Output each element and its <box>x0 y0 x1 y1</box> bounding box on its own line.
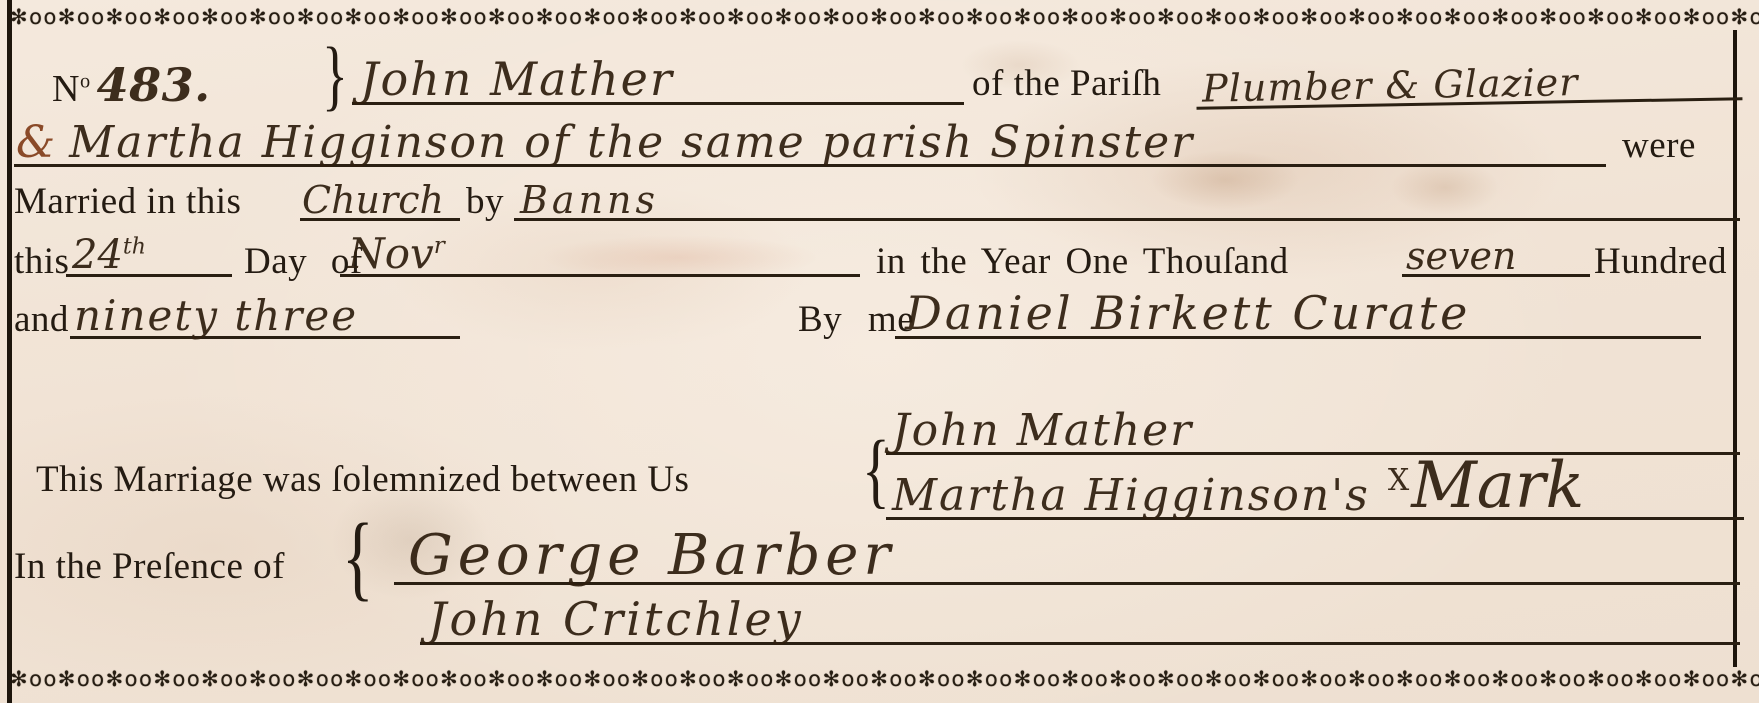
witness1-blank: George Barber <box>394 512 1740 585</box>
groom-signature: John Mather <box>886 410 1193 452</box>
bride-mark-x: X <box>1388 467 1409 496</box>
no-sup: o <box>80 71 91 93</box>
ornament-border-bottom: ✻oo✻oo✻oo✻oo✻oo✻oo✻oo✻oo✻oo✻oo✻oo✻oo✻oo✻… <box>10 664 1759 696</box>
entry-number-value: 483. <box>97 58 211 112</box>
officiant-signature: Daniel Birkett Curate <box>895 292 1470 336</box>
groom-signature-blank: John Mather <box>886 402 1740 455</box>
bride-line-blank: & Martha Higginson of the same parish Sp… <box>14 110 1606 167</box>
month-value: Novr <box>340 234 445 274</box>
closing-brace: } <box>322 30 348 120</box>
were-label: were <box>1622 124 1696 167</box>
place-value: Church <box>300 182 444 218</box>
by-label: by <box>466 180 504 223</box>
groom-occupation: Plumber & Glazier <box>1196 64 1579 107</box>
and-label: and <box>14 298 69 341</box>
this-label: this <box>14 240 69 283</box>
banns-value: Banns <box>514 182 659 218</box>
place-blank: Church <box>300 170 460 221</box>
witnesses-brace: { <box>342 503 374 613</box>
day-value: 24th <box>66 236 146 274</box>
tens-value: ninety three <box>70 296 358 336</box>
bride-mark-word: Mark <box>1411 456 1584 517</box>
bride-line: Martha Higginson of the same parish Spin… <box>55 122 1194 164</box>
bride-signature: Martha Higginson's <box>886 475 1370 517</box>
witness2-blank: John Critchley <box>420 584 1740 645</box>
ornament-border-top: ✻oo✻oo✻oo✻oo✻oo✻oo✻oo✻oo✻oo✻oo✻oo✻oo✻oo✻… <box>10 2 1759 34</box>
hundred-label: Hundred <box>1594 240 1727 283</box>
of-the-parish-label: of the Pariſh <box>972 62 1161 105</box>
month-blank: Novr <box>340 228 860 277</box>
hundreds-value: seven <box>1402 238 1516 274</box>
groom-name-blank: John Mather <box>352 50 964 105</box>
witness1-signature: George Barber <box>394 529 895 582</box>
frame-rule-left <box>7 0 12 703</box>
day-blank: 24th <box>66 228 232 277</box>
groom-detail-blank: Plumber & Glazier <box>1196 41 1743 110</box>
entry-number: No483. <box>52 58 211 112</box>
no-label: N <box>52 68 80 110</box>
tens-blank: ninety three <box>70 286 460 339</box>
year-phrase-label: in the Year One Thouſand <box>876 240 1289 283</box>
presence-label: In the Preſence of <box>14 545 285 588</box>
married-in-this-label: Married in this <box>14 180 241 223</box>
hundreds-blank: seven <box>1402 230 1590 277</box>
groom-name: John Mather <box>352 58 674 102</box>
marriage-register-entry: ✻oo✻oo✻oo✻oo✻oo✻oo✻oo✻oo✻oo✻oo✻oo✻oo✻oo✻… <box>0 0 1759 703</box>
officiant-blank: Daniel Birkett Curate <box>895 280 1701 339</box>
banns-blank: Banns <box>514 170 1740 221</box>
solemnized-label: This Marriage was ſolemnized between Us <box>36 458 689 501</box>
ampersand: & <box>14 122 55 164</box>
witness2-signature: John Critchley <box>420 598 804 642</box>
